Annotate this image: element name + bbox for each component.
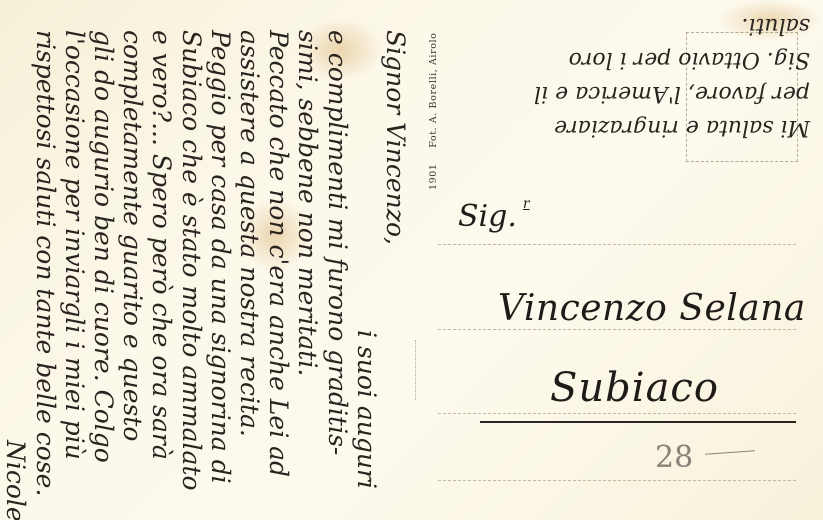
message-line: i suoi auguri [352,30,381,510]
printer-imprint: 1901 Fot. A. Borelli, Airolo [428,33,439,191]
imprint-publisher: Fot. A. Borelli, Airolo [428,33,439,148]
salutation-suffix: r [523,196,530,212]
address-line-4 [438,480,796,481]
address-line-1 [438,244,796,245]
message-line: Subiaco che è stato molto ammalato [176,30,205,510]
note-line: per favore, l'America e il [450,76,810,110]
recipient-city: Subiaco [550,365,719,411]
address-underline [480,421,796,423]
postcard-back: Signor Vincenzo, i suoi auguri e complim… [0,0,823,520]
address-line-2 [438,329,796,330]
message-line: e complimenti mi furono graditis- [322,30,351,510]
message-line: gli do augurio ben di cuore. Colgo [89,30,118,510]
recipient-name: Vincenzo Selana [498,288,806,329]
message-line: completamente guarito e questo [118,30,147,510]
center-divider [415,340,417,400]
salutation-text: Sig. [458,199,517,234]
upside-down-note: Mi saluta e ringraziare per favore, l'Am… [450,8,810,144]
note-line: Mi saluta e ringraziare [450,110,810,144]
message-line: rispettosi saluti con tante belle cose. [30,30,59,510]
message-line: Peggio per casa da una signorina di [206,30,235,510]
handwritten-message: Signor Vincenzo, i suoi auguri e complim… [5,30,410,510]
address-line-3 [438,413,796,414]
note-line: Sig. Ottavio per i loro [450,42,810,76]
message-line: assistere a questa nostra recita. [235,30,264,510]
address-salutation: Sig.r [458,196,530,234]
message-line: simi, sebbene non meritati. [293,30,322,510]
note-line: saluti. [450,8,810,42]
message-signature: Nicoletta [1,30,30,510]
message-line: e vero?... Spero però che ora sarà [147,30,176,510]
message-line: Peccato che non c'era anche Lei ad [264,30,293,510]
address-number: 28 [655,440,693,475]
imprint-year: 1901 [428,163,439,190]
message-line: Signor Vincenzo, [381,30,410,510]
number-dash [705,450,755,454]
message-line: l'occasione per inviargli i miei più [60,30,89,510]
